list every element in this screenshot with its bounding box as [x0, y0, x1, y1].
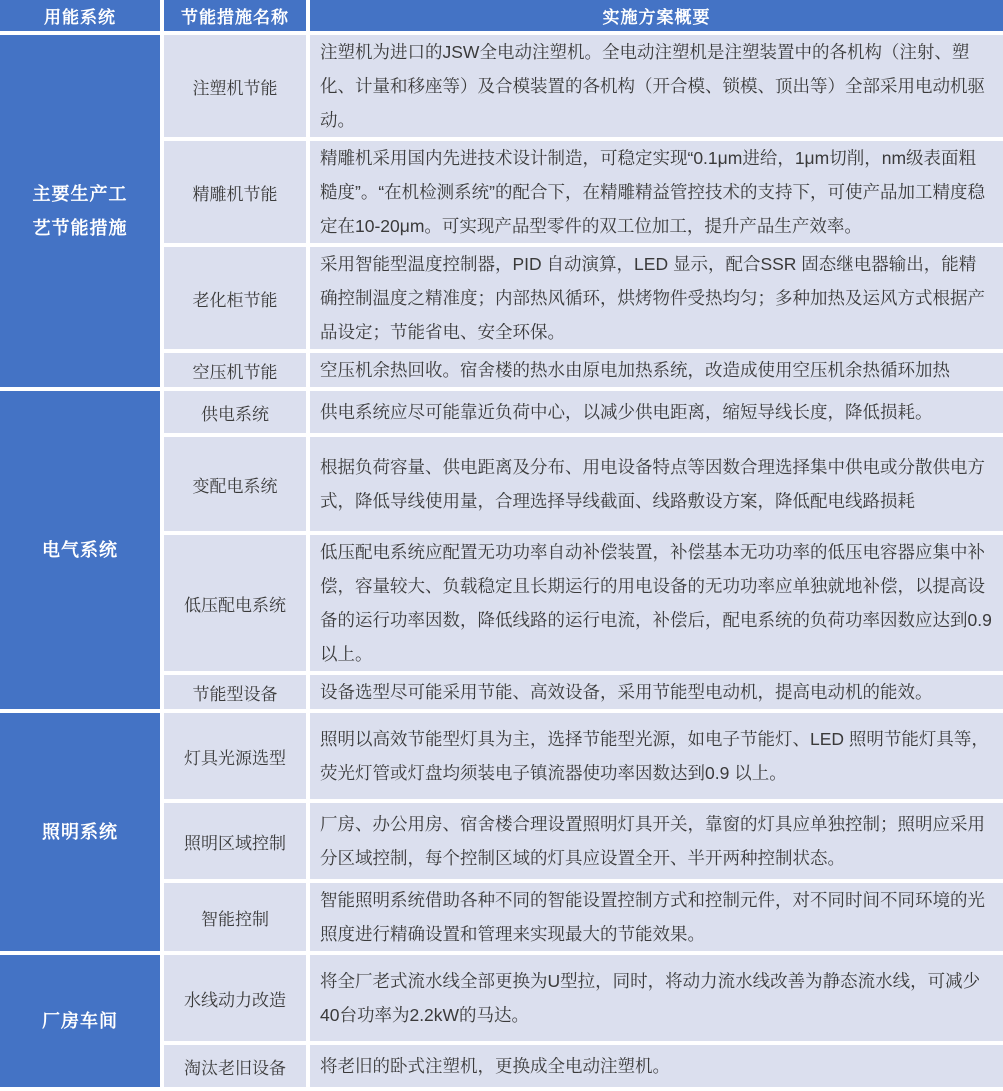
summary-cell: 注塑机为进口的JSW全电动注塑机。全电动注塑机是注塑装置中的各机构（注射、塑化、…: [310, 35, 1003, 137]
measure-cell: 照明区域控制: [164, 803, 306, 879]
summary-cell: 空压机余热回收。宿舍楼的热水由原电加热系统，改造成使用空压机余热循环加热: [310, 353, 1003, 387]
summary-text: 供电系统应尽可能靠近负荷中心，以减少供电距离，缩短导线长度，降低损耗。: [320, 395, 933, 429]
group-cell-electrical-system: 电气系统: [0, 391, 160, 709]
measure-cell: 灯具光源选型: [164, 713, 306, 799]
measure-cell: 智能控制: [164, 883, 306, 951]
summary-text: 厂房、办公用房、宿舍楼合理设置照明灯具开关，靠窗的灯具应单独控制；照明应采用分区…: [320, 807, 993, 875]
summary-text: 采用智能型温度控制器，PID 自动演算，LED 显示，配合SSR 固态继电器输出…: [320, 247, 993, 349]
group-cell-production-process: 主要生产工艺节能措施: [0, 35, 160, 387]
measure-cell: 老化柜节能: [164, 247, 306, 349]
summary-cell: 将老旧的卧式注塑机，更换成全电动注塑机。: [310, 1045, 1003, 1087]
energy-saving-measures-table: 用能系统 节能措施名称 实施方案概要 主要生产工艺节能措施 注塑机节能 注塑机为…: [0, 0, 1003, 1091]
summary-cell: 精雕机采用国内先进技术设计制造，可稳定实现“0.1μm进给，1μm切削，nm级表…: [310, 141, 1003, 243]
summary-cell: 照明以高效节能型灯具为主，选择节能型光源，如电子节能灯、LED 照明节能灯具等，…: [310, 713, 1003, 799]
summary-cell: 根据负荷容量、供电距离及分布、用电设备特点等因数合理选择集中供电或分散供电方式，…: [310, 437, 1003, 531]
summary-text: 注塑机为进口的JSW全电动注塑机。全电动注塑机是注塑装置中的各机构（注射、塑化、…: [320, 35, 993, 137]
summary-text: 照明以高效节能型灯具为主，选择节能型光源，如电子节能灯、LED 照明节能灯具等，…: [320, 722, 993, 790]
group-cell-lighting-system: 照明系统: [0, 713, 160, 951]
summary-text: 空压机余热回收。宿舍楼的热水由原电加热系统，改造成使用空压机余热循环加热: [320, 353, 950, 387]
summary-text: 精雕机采用国内先进技术设计制造，可稳定实现“0.1μm进给，1μm切削，nm级表…: [320, 141, 993, 243]
header-energy-system: 用能系统: [0, 0, 160, 31]
summary-cell: 供电系统应尽可能靠近负荷中心，以减少供电距离，缩短导线长度，降低损耗。: [310, 391, 1003, 433]
measure-cell: 空压机节能: [164, 353, 306, 387]
summary-text: 将老旧的卧式注塑机，更换成全电动注塑机。: [320, 1049, 670, 1083]
summary-cell: 智能照明系统借助各种不同的智能设置控制方式和控制元件，对不同时间不同环境的光照度…: [310, 883, 1003, 951]
summary-cell: 厂房、办公用房、宿舍楼合理设置照明灯具开关，靠窗的灯具应单独控制；照明应采用分区…: [310, 803, 1003, 879]
measure-cell: 水线动力改造: [164, 955, 306, 1041]
measure-cell: 精雕机节能: [164, 141, 306, 243]
summary-text: 根据负荷容量、供电距离及分布、用电设备特点等因数合理选择集中供电或分散供电方式，…: [320, 450, 993, 518]
measure-cell: 注塑机节能: [164, 35, 306, 137]
measure-cell: 节能型设备: [164, 675, 306, 709]
summary-text: 低压配电系统应配置无功功率自动补偿装置，补偿基本无功功率的低压电容器应集中补偿，…: [320, 535, 993, 671]
measure-cell: 供电系统: [164, 391, 306, 433]
header-implementation-summary: 实施方案概要: [310, 0, 1003, 31]
summary-cell: 将全厂老式流水线全部更换为U型拉，同时，将动力流水线改善为静态流水线，可减少40…: [310, 955, 1003, 1041]
measure-cell: 淘汰老旧设备: [164, 1045, 306, 1087]
summary-text: 设备选型尽可能采用节能、高效设备，采用节能型电动机，提高电动机的能效。: [320, 675, 933, 709]
summary-cell: 设备选型尽可能采用节能、高效设备，采用节能型电动机，提高电动机的能效。: [310, 675, 1003, 709]
summary-cell: 低压配电系统应配置无功功率自动补偿装置，补偿基本无功功率的低压电容器应集中补偿，…: [310, 535, 1003, 671]
measure-cell: 低压配电系统: [164, 535, 306, 671]
measure-cell: 变配电系统: [164, 437, 306, 531]
summary-text: 智能照明系统借助各种不同的智能设置控制方式和控制元件，对不同时间不同环境的光照度…: [320, 883, 993, 951]
group-cell-factory-workshop: 厂房车间: [0, 955, 160, 1087]
header-measure-name: 节能措施名称: [164, 0, 306, 31]
summary-text: 将全厂老式流水线全部更换为U型拉，同时，将动力流水线改善为静态流水线，可减少40…: [320, 964, 993, 1032]
summary-cell: 采用智能型温度控制器，PID 自动演算，LED 显示，配合SSR 固态继电器输出…: [310, 247, 1003, 349]
